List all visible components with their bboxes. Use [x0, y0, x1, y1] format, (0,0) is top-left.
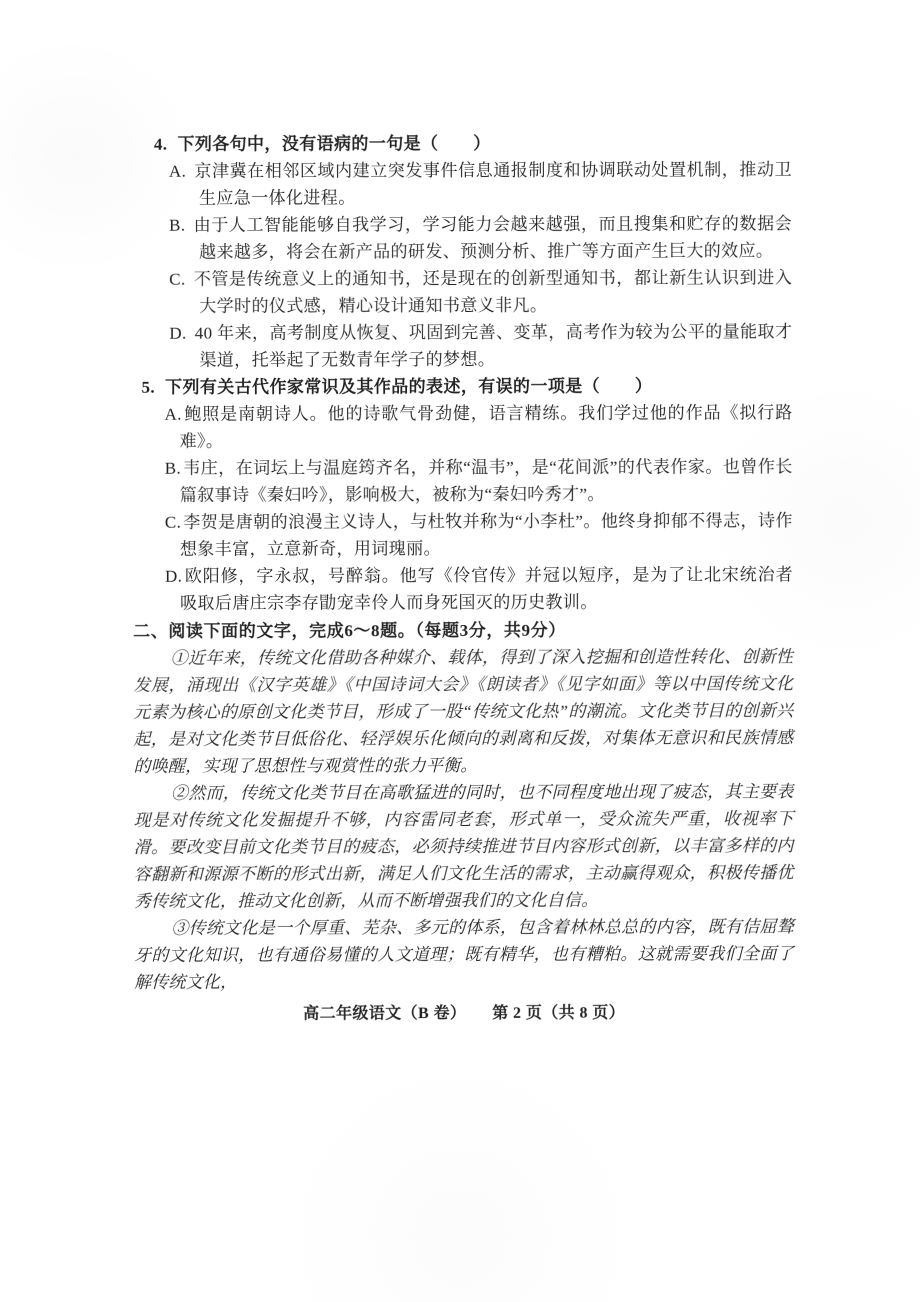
option-label: D. — [165, 567, 182, 586]
question-5-option-a: A.鲍照是南朝诗人。他的诗歌气骨劲健，语言精练。我们学过他的作品《拟行路难》。 — [165, 399, 793, 455]
option-text: 由于人工智能能够自我学习，学习能力会越来越强，而且搜集和贮存的数据会越来越多，将… — [193, 214, 792, 262]
exam-content: 4.下列各句中，没有语病的一句是（ ） A.京津冀在相邻区域内建立突发事件信息通… — [132, 129, 794, 1028]
passage-paragraph-2: ②然而，传统文化类节目在高歌猛进的同时，也不同程度地出现了疲态，其主要表现是对传… — [134, 778, 794, 915]
option-text: 鲍照是南朝诗人。他的诗歌气骨劲健，语言精练。我们学过他的作品《拟行路难》。 — [180, 403, 793, 451]
option-text: 不管是传统意义上的通知书，还是现在的创新型通知书，都让新生认识到进入大学时的仪式… — [194, 268, 793, 316]
question-4-stem: 4.下列各句中，没有语病的一句是（ ） — [154, 129, 792, 158]
option-text: 京津冀在相邻区域内建立突发事件信息通报制度和协调联动处置机制，推动卫生应急一体化… — [194, 160, 792, 208]
section-2-heading: 二、阅读下面的文字，完成6～8题。（每题3分，共9分） — [133, 616, 793, 645]
passage-paragraph-3: ③传统文化是一个厚重、芜杂、多元的体系，包含着林林总总的内容，既有佶屈聱牙的文化… — [134, 913, 794, 996]
question-5-option-b: B.韦庄，在词坛上与温庭筠齐名，并称“温韦”，是“花间派”的代表作家。也曾作长篇… — [165, 453, 793, 509]
question-5: 5.下列有关古代作家常识及其作品的表述，有误的一项是（ ） A.鲍照是南朝诗人。… — [132, 372, 793, 617]
option-text: 韦庄，在词坛上与温庭筠齐名，并称“温韦”，是“花间派”的代表作家。也曾作长篇叙事… — [180, 457, 793, 505]
section-2: 二、阅读下面的文字，完成6～8题。（每题3分，共9分） ①近年来，传统文化借助各… — [133, 616, 794, 996]
question-stem-text: 下列有关古代作家常识及其作品的表述，有误的一项是（ ） — [165, 377, 652, 397]
question-5-option-c: C.李贺是唐朝的浪漫主义诗人，与杜牧并称为“小李杜”。他终身抑郁不得志，诗作想象… — [165, 507, 793, 563]
option-text: 李贺是唐朝的浪漫主义诗人，与杜牧并称为“小李杜”。他终身抑郁不得志，诗作想象丰富… — [180, 511, 793, 559]
question-5-option-d: D.欧阳修，字永叔，号醉翁。他写《伶官传》并冠以短序，是为了让北宋统治者吸取后唐… — [165, 561, 793, 617]
question-number: 4. — [154, 135, 168, 154]
question-5-stem: 5.下列有关古代作家常识及其作品的表述，有误的一项是（ ） — [141, 372, 792, 401]
option-text: 欧阳修，字永叔，号醉翁。他写《伶官传》并冠以短序，是为了让北宋统治者吸取后唐庄宗… — [180, 565, 793, 613]
exam-scan-page: 4.下列各句中，没有语病的一句是（ ） A.京津冀在相邻区域内建立突发事件信息通… — [0, 0, 920, 1302]
option-label: D. — [169, 324, 186, 343]
question-4-option-a: A.京津冀在相邻区域内建立突发事件信息通报制度和协调联动处置机制，推动卫生应急一… — [169, 156, 792, 212]
page-footer: 高二年级语文（B 卷） 第 2 页（共 8 页） — [134, 999, 794, 1028]
footer-course-title: 高二年级语文（B 卷） — [303, 1000, 466, 1027]
question-4-option-b: B.由于人工智能能够自我学习，学习能力会越来越强，而且搜集和贮存的数据会越来越多… — [169, 210, 792, 266]
option-label: C. — [165, 513, 181, 532]
question-stem-text: 下列各句中，没有语病的一句是（ ） — [177, 134, 490, 154]
option-label: A. — [165, 405, 182, 424]
option-label: B. — [165, 459, 181, 478]
question-number: 5. — [141, 378, 155, 397]
question-4: 4.下列各句中，没有语病的一句是（ ） A.京津冀在相邻区域内建立突发事件信息通… — [132, 129, 793, 374]
option-text: 40 年来，高考制度从恢复、巩固到完善、变革，高考作为较为公平的量能取才渠道，托… — [195, 322, 793, 370]
question-4-option-d: D.40 年来，高考制度从恢复、巩固到完善、变革，高考作为较为公平的量能取才渠道… — [169, 318, 792, 374]
reading-passage: ①近年来，传统文化借助各种媒介、载体，得到了深入挖掘和创造性转化、创新性发展，涌… — [133, 643, 794, 996]
passage-paragraph-1: ①近年来，传统文化借助各种媒介、载体，得到了深入挖掘和创造性转化、创新性发展，涌… — [133, 643, 793, 780]
option-label: C. — [169, 270, 185, 289]
question-4-option-c: C.不管是传统意义上的通知书，还是现在的创新型通知书，都让新生认识到进入大学时的… — [169, 264, 792, 320]
option-label: B. — [169, 216, 185, 235]
option-label: A. — [169, 162, 186, 181]
footer-page-number: 第 2 页（共 8 页） — [492, 1000, 625, 1027]
